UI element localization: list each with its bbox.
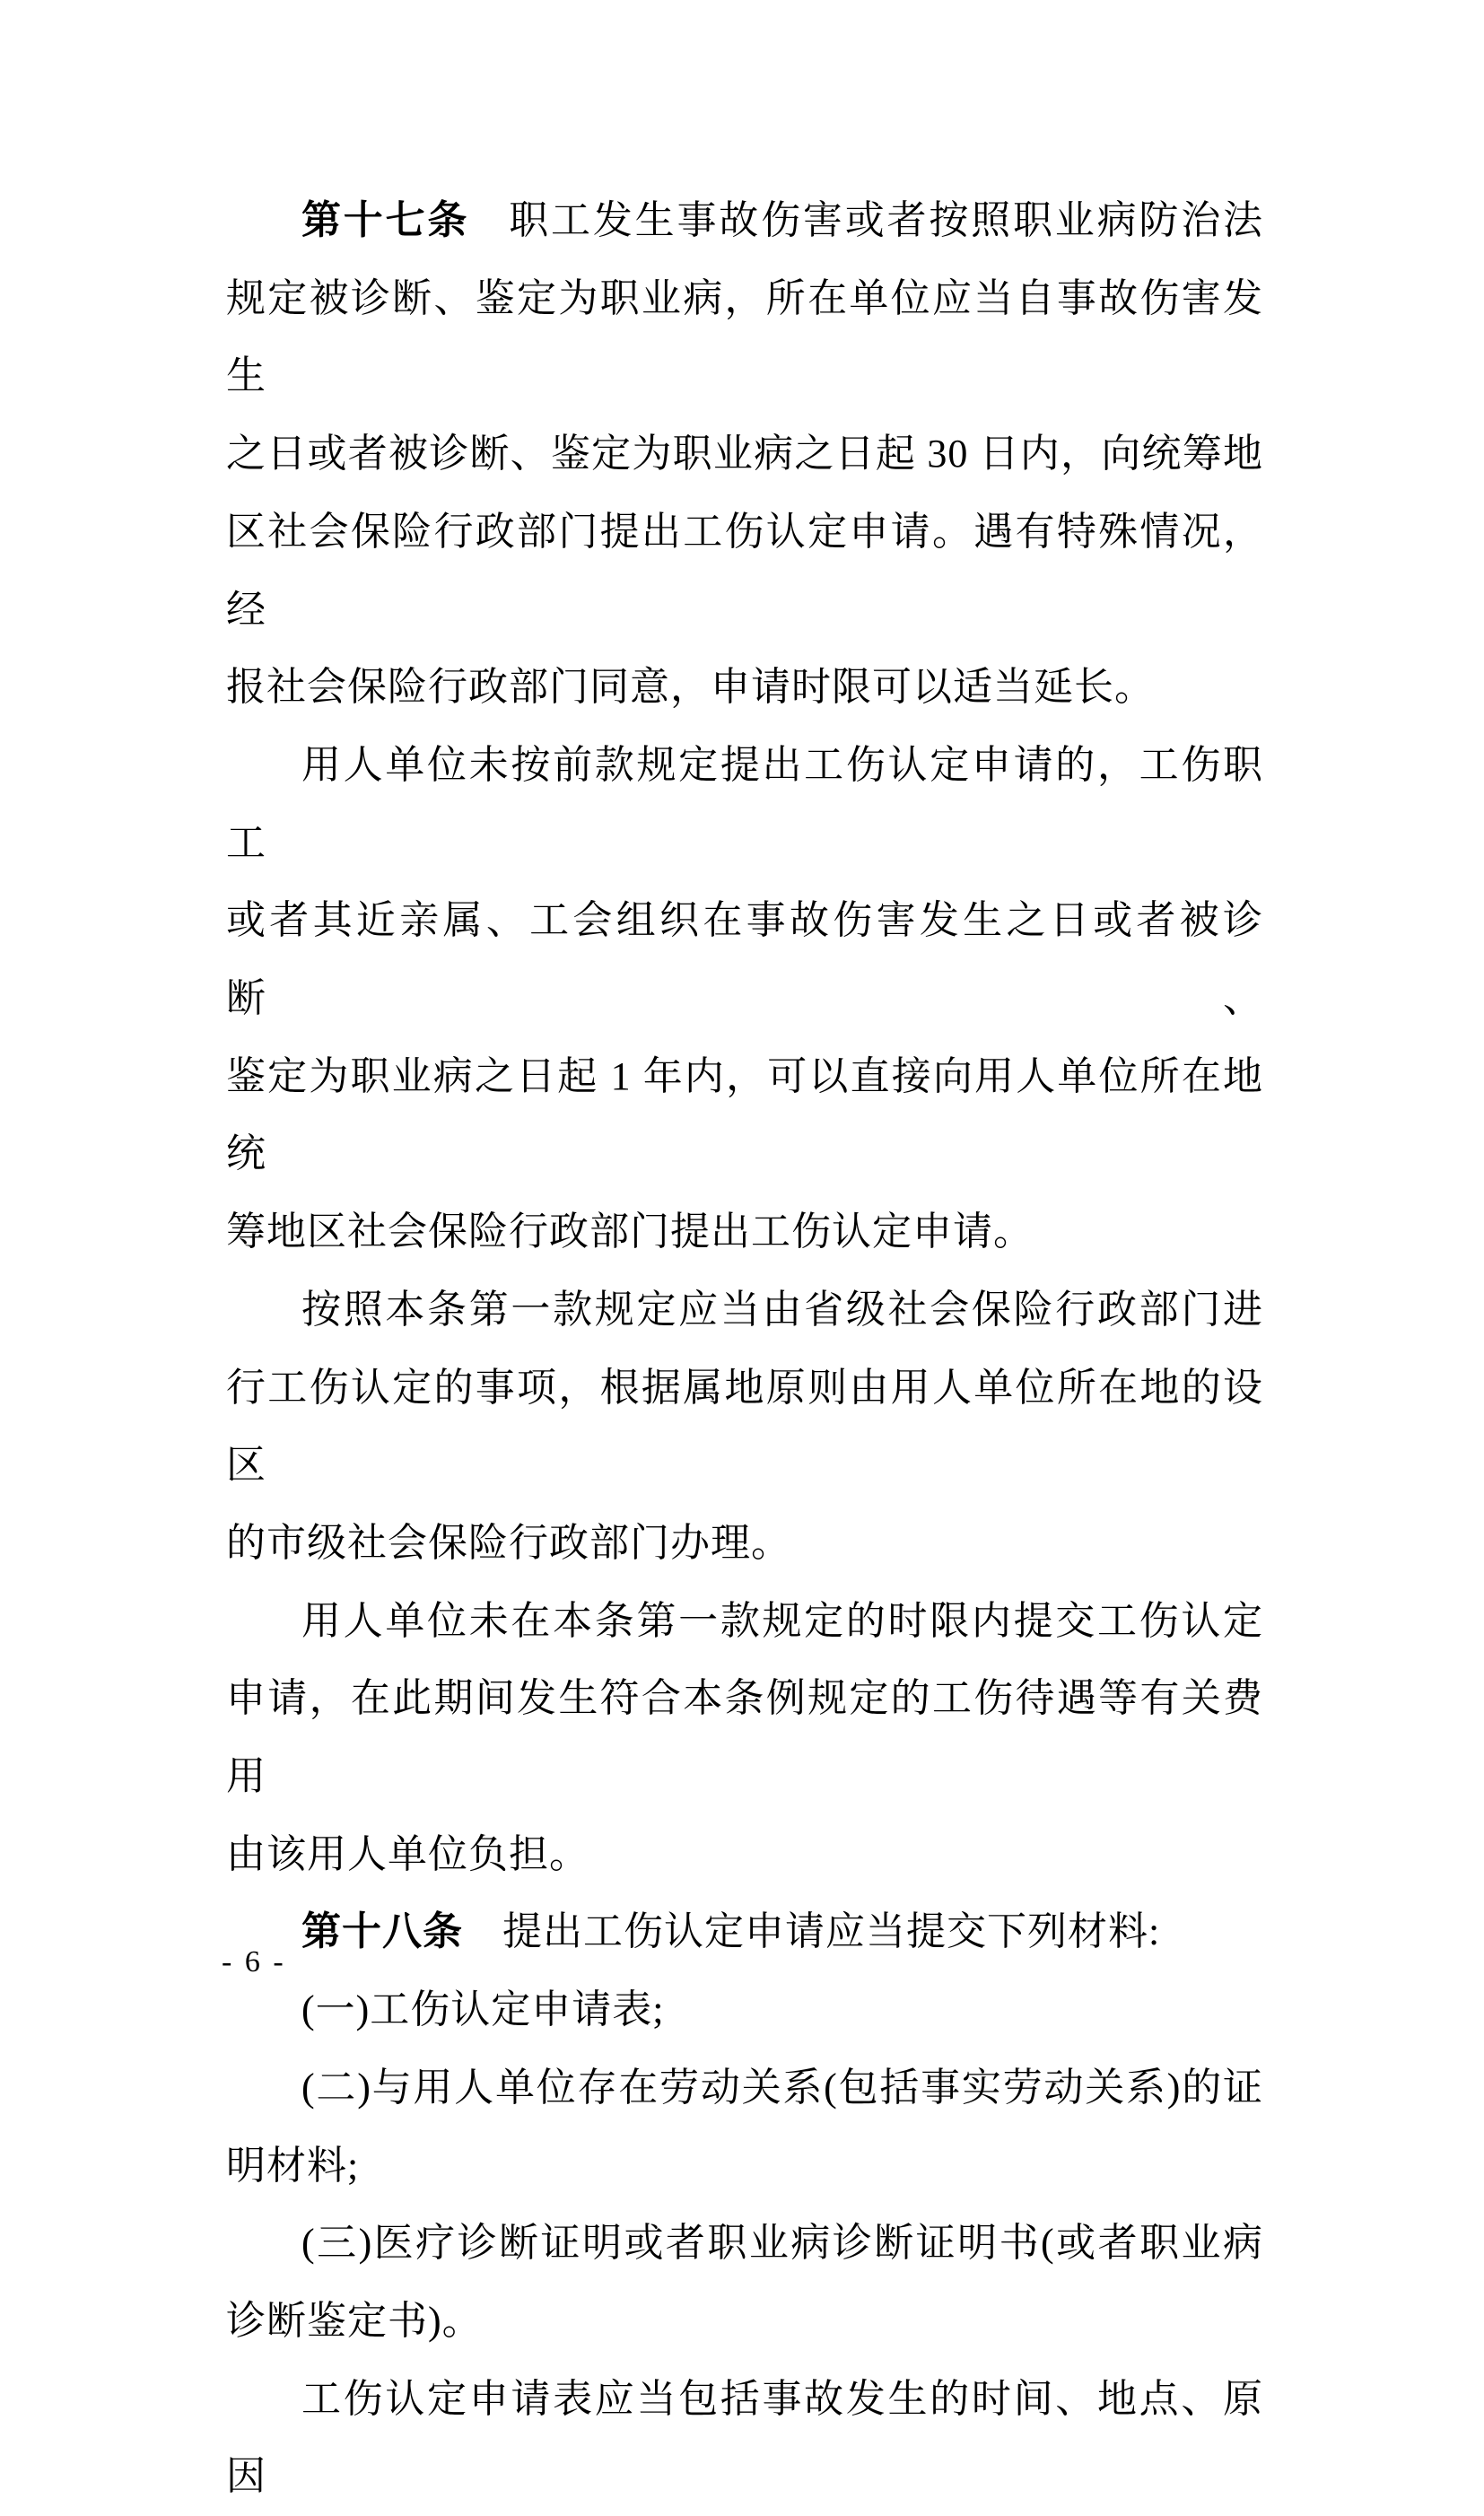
line-text: (二)与用人单位存在劳动关系(包括事实劳动关系)的证	[301, 2066, 1263, 2110]
line-text: 工伤认定申请表应当包括事故发生的时间、地点、原因	[226, 2377, 1263, 2499]
line-text: 按照本条第一款规定应当由省级社会保险行政部门进	[301, 1288, 1263, 1332]
line-text: 提出工伤认定申请应当提交下列材料:	[502, 1909, 1160, 1953]
line-text: 筹地区社会保险行政部门提出工伤认定申请。	[226, 1210, 1034, 1254]
line-text: 的市级社会保险行政部门办理。	[226, 1521, 791, 1565]
page-number: - 6 -	[222, 1945, 286, 1979]
text-line: 诊断鉴定书)。	[226, 2283, 1263, 2361]
line-text: 之日或者被诊断、鉴定为职业病之日起 30 日内，向统筹地	[226, 432, 1263, 476]
text-line: 筹地区社会保险行政部门提出工伤认定申请。	[226, 1193, 1263, 1271]
line-text: (三)医疗诊断证明或者职业病诊断证明书(或者职业病	[301, 2221, 1263, 2265]
text-line: (一)工伤认定申请表;	[226, 1971, 1263, 2049]
text-line: 行工伤认定的事项，根据属地原则由用人单位所在地的设区	[226, 1350, 1263, 1505]
text-line: 用人单位未按前款规定提出工伤认定申请的，工伤职工	[226, 727, 1263, 882]
text-line: 工伤认定申请表应当包括事故发生的时间、地点、原因	[226, 2361, 1263, 2516]
line-text: 行工伤认定的事项，根据属地原则由用人单位所在地的设区	[226, 1366, 1263, 1488]
line-text: 或者其近亲属、工会组织在事故伤害发生之日或者被诊断、	[226, 898, 1263, 1020]
line-text: 明材料;	[226, 2144, 359, 2188]
text-line: 明材料;	[226, 2127, 1263, 2206]
text-line: (二)与用人单位存在劳动关系(包括事实劳动关系)的证	[226, 2049, 1263, 2127]
text-line: 用人单位未在本条第一款规定的时限内提交工伤认定	[226, 1583, 1263, 1661]
text-line: 按照本条第一款规定应当由省级社会保险行政部门进	[226, 1271, 1263, 1350]
document-body: 第十七条职工发生事故伤害或者按照职业病防治法 规定被诊断、鉴定为职业病，所在单位…	[226, 182, 1263, 2516]
text-line: 由该用人单位负担。	[226, 1816, 1263, 1894]
article-18-heading: 第十八条	[301, 1909, 463, 1953]
text-line: 规定被诊断、鉴定为职业病，所在单位应当自事故伤害发生	[226, 260, 1263, 415]
text-line: 第十八条提出工伤认定申请应当提交下列材料:	[226, 1893, 1263, 1971]
line-text: 职工发生事故伤害或者按照职业病防治法	[509, 198, 1263, 242]
text-line: 或者其近亲属、工会组织在事故伤害发生之日或者被诊断、	[226, 882, 1263, 1037]
text-line: (三)医疗诊断证明或者职业病诊断证明书(或者职业病	[226, 2205, 1263, 2283]
line-text: 用人单位未按前款规定提出工伤认定申请的，工伤职工	[226, 743, 1263, 865]
article-17-heading: 第十七条	[301, 198, 469, 242]
line-text: 鉴定为职业病之日起 1 年内，可以直接向用人单位所在地统	[226, 1054, 1263, 1176]
line-text: (一)工伤认定申请表;	[301, 1987, 665, 2031]
line-text: 用人单位未在本条第一款规定的时限内提交工伤认定	[301, 1599, 1263, 1643]
line-text: 诊断鉴定书)。	[226, 2299, 483, 2343]
text-line: 鉴定为职业病之日起 1 年内，可以直接向用人单位所在地统	[226, 1038, 1263, 1193]
text-line: 第十七条职工发生事故伤害或者按照职业病防治法	[226, 182, 1263, 260]
line-text: 由该用人单位负担。	[226, 1832, 589, 1876]
text-line: 申请，在此期间发生符合本条例规定的工伤待遇等有关费用	[226, 1660, 1263, 1815]
text-line: 报社会保险行政部门同意，申请时限可以适当延长。	[226, 649, 1263, 727]
text-line: 之日或者被诊断、鉴定为职业病之日起 30 日内，向统筹地	[226, 415, 1263, 494]
line-text: 报社会保险行政部门同意，申请时限可以适当延长。	[226, 665, 1155, 709]
line-text: 申请，在此期间发生符合本条例规定的工伤待遇等有关费用	[226, 1676, 1263, 1798]
text-line: 的市级社会保险行政部门办理。	[226, 1505, 1263, 1583]
line-text: 区社会保险行政部门提出工伤认定申请。遇有特殊情况，经	[226, 510, 1263, 632]
text-line: 区社会保险行政部门提出工伤认定申请。遇有特殊情况，经	[226, 494, 1263, 649]
line-text: 规定被诊断、鉴定为职业病，所在单位应当自事故伤害发生	[226, 276, 1263, 398]
